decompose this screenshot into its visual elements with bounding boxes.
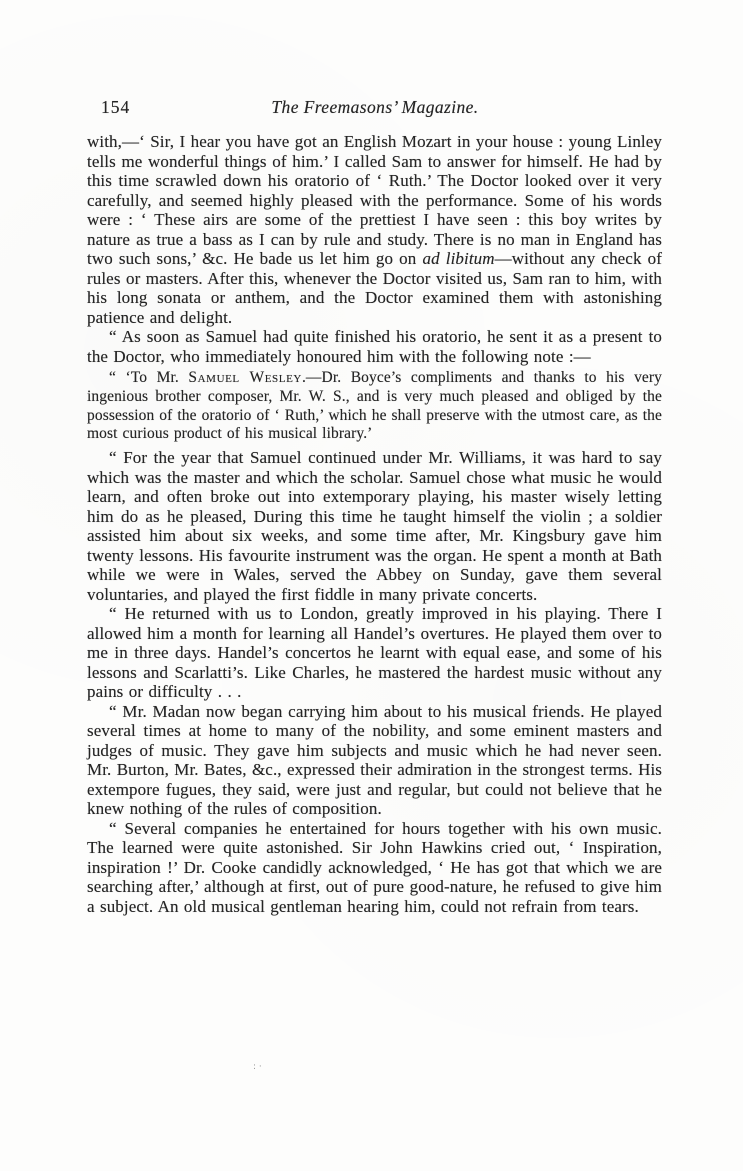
text-segment: “ He returned with us to London, greatly… — [87, 604, 662, 701]
text-segment: “ Several companies he entertained for h… — [87, 819, 662, 916]
paragraph-boyce-note: “ ‘To Mr. Samuel Wesley.—Dr. Boyce’s com… — [87, 369, 662, 444]
text-segment-italic: ad libitum — [422, 249, 494, 268]
text-segment: with,—‘ Sir, I hear you have got an Engl… — [87, 132, 662, 268]
paragraph-several-companies: “ Several companies he entertained for h… — [87, 819, 662, 917]
paragraph-continuation: with,—‘ Sir, I hear you have got an Engl… — [87, 132, 662, 327]
text-segment-smallcaps: Samuel Wesley — [188, 369, 302, 386]
paragraph-madan: “ Mr. Madan now began carrying him about… — [87, 702, 662, 819]
page-body: with,—‘ Sir, I hear you have got an Engl… — [87, 132, 662, 916]
text-segment: “ ‘To Mr. — [109, 369, 188, 386]
paragraph-year-under-williams: “ For the year that Samuel continued und… — [87, 448, 662, 604]
scan-artifact: : · — [253, 1063, 267, 1079]
text-segment: “ Mr. Madan now began carrying him about… — [87, 702, 662, 819]
paragraph-oratorio-present: “ As soon as Samuel had quite finished h… — [87, 327, 662, 366]
text-segment: “ As soon as Samuel had quite finished h… — [87, 327, 662, 366]
scanned-page: 154 The Freemasons’ Magazine. with,—‘ Si… — [0, 0, 743, 1171]
page-number: 154 — [101, 97, 130, 118]
journal-title: The Freemasons’ Magazine. — [87, 97, 663, 118]
text-segment: “ For the year that Samuel continued und… — [87, 448, 662, 604]
paragraph-return-to-london: “ He returned with us to London, greatly… — [87, 604, 662, 702]
page-header: 154 The Freemasons’ Magazine. — [87, 97, 663, 119]
